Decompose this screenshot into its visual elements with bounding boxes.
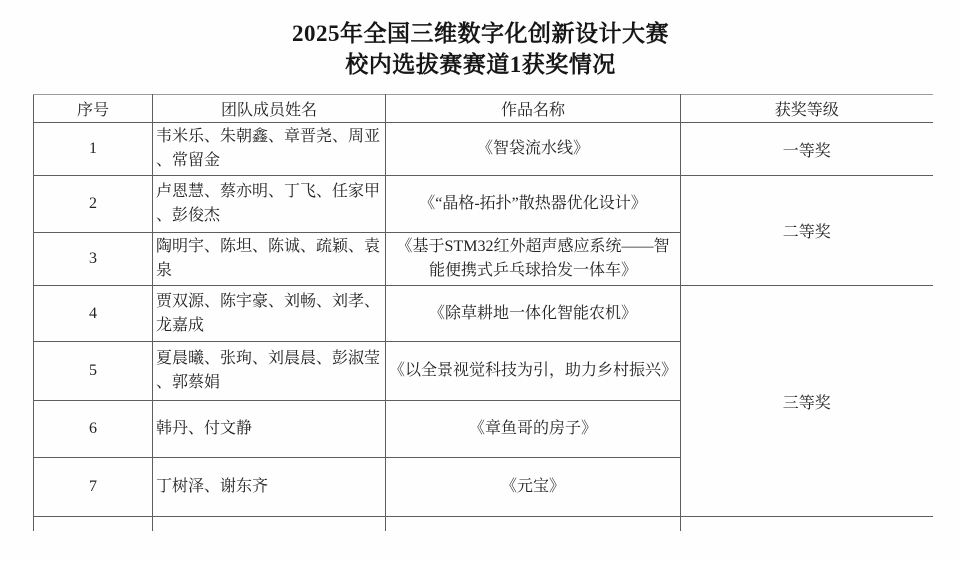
members-cell: 丁树泽、谢东齐	[153, 458, 386, 517]
award-level-cell-third-prize: 三等奖	[681, 286, 933, 517]
row-number-cell: 1	[34, 123, 153, 176]
members-cell	[153, 517, 386, 532]
row-number-cell: 3	[34, 233, 153, 286]
award-level-cell-first-prize: 一等奖	[681, 123, 933, 176]
table-header-row: 序号 团队成员姓名 作品名称 获奖等级	[34, 95, 933, 123]
members-cell: 卢恩慧、蔡亦明、丁飞、任家甲、彭俊杰	[153, 176, 386, 233]
table-row: 4 贾双源、陈宇豪、刘畅、刘孝、龙嘉成 《除草耕地一体化智能农机》 三等奖	[34, 286, 933, 342]
page-title: 2025年全国三维数字化创新设计大赛 校内选拔赛赛道1获奖情况	[0, 18, 961, 80]
header-serial-number: 序号	[34, 95, 153, 123]
work-title-cell: 《基于STM32红外超声感应系统——智能便携式乒乓球拾发一体车》	[386, 233, 681, 286]
work-title-cell: 《智袋流水线》	[386, 123, 681, 176]
table-row-cutoff	[34, 517, 933, 532]
members-cell: 陶明宇、陈坦、陈诚、疏颖、袁泉	[153, 233, 386, 286]
work-title-cell: 《除草耕地一体化智能农机》	[386, 286, 681, 342]
header-team-members: 团队成员姓名	[153, 95, 386, 123]
award-level-cell	[681, 517, 933, 532]
table-row: 1 韦米乐、朱朝鑫、章晋尧、周亚、常留金 《智袋流水线》 一等奖	[34, 123, 933, 176]
award-level-cell-second-prize: 二等奖	[681, 176, 933, 286]
work-title-cell: 《章鱼哥的房子》	[386, 401, 681, 458]
members-cell: 韦米乐、朱朝鑫、章晋尧、周亚、常留金	[153, 123, 386, 176]
table-row: 2 卢恩慧、蔡亦明、丁飞、任家甲、彭俊杰 《“晶格-拓扑”散热器优化设计》 二等…	[34, 176, 933, 233]
members-cell: 夏晨曦、张珣、刘晨晨、彭淑莹、郭蔡娟	[153, 342, 386, 401]
row-number-cell: 4	[34, 286, 153, 342]
header-award-level: 获奖等级	[681, 95, 933, 123]
work-title-cell: 《元宝》	[386, 458, 681, 517]
members-cell: 韩丹、付文静	[153, 401, 386, 458]
work-title-cell	[386, 517, 681, 532]
work-title-cell: 《以全景视觉科技为引，助力乡村振兴》	[386, 342, 681, 401]
row-number-cell	[34, 517, 153, 532]
awards-table: 序号 团队成员姓名 作品名称 获奖等级 1 韦米乐、朱朝鑫、章晋尧、周亚、常留金…	[33, 94, 933, 531]
title-line-1: 2025年全国三维数字化创新设计大赛	[0, 18, 961, 49]
members-cell: 贾双源、陈宇豪、刘畅、刘孝、龙嘉成	[153, 286, 386, 342]
document-page: 2025年全国三维数字化创新设计大赛 校内选拔赛赛道1获奖情况 序号 团队成员姓…	[0, 0, 961, 561]
row-number-cell: 2	[34, 176, 153, 233]
work-title-cell: 《“晶格-拓扑”散热器优化设计》	[386, 176, 681, 233]
row-number-cell: 5	[34, 342, 153, 401]
row-number-cell: 7	[34, 458, 153, 517]
title-line-2: 校内选拔赛赛道1获奖情况	[0, 49, 961, 80]
header-work-title: 作品名称	[386, 95, 681, 123]
row-number-cell: 6	[34, 401, 153, 458]
